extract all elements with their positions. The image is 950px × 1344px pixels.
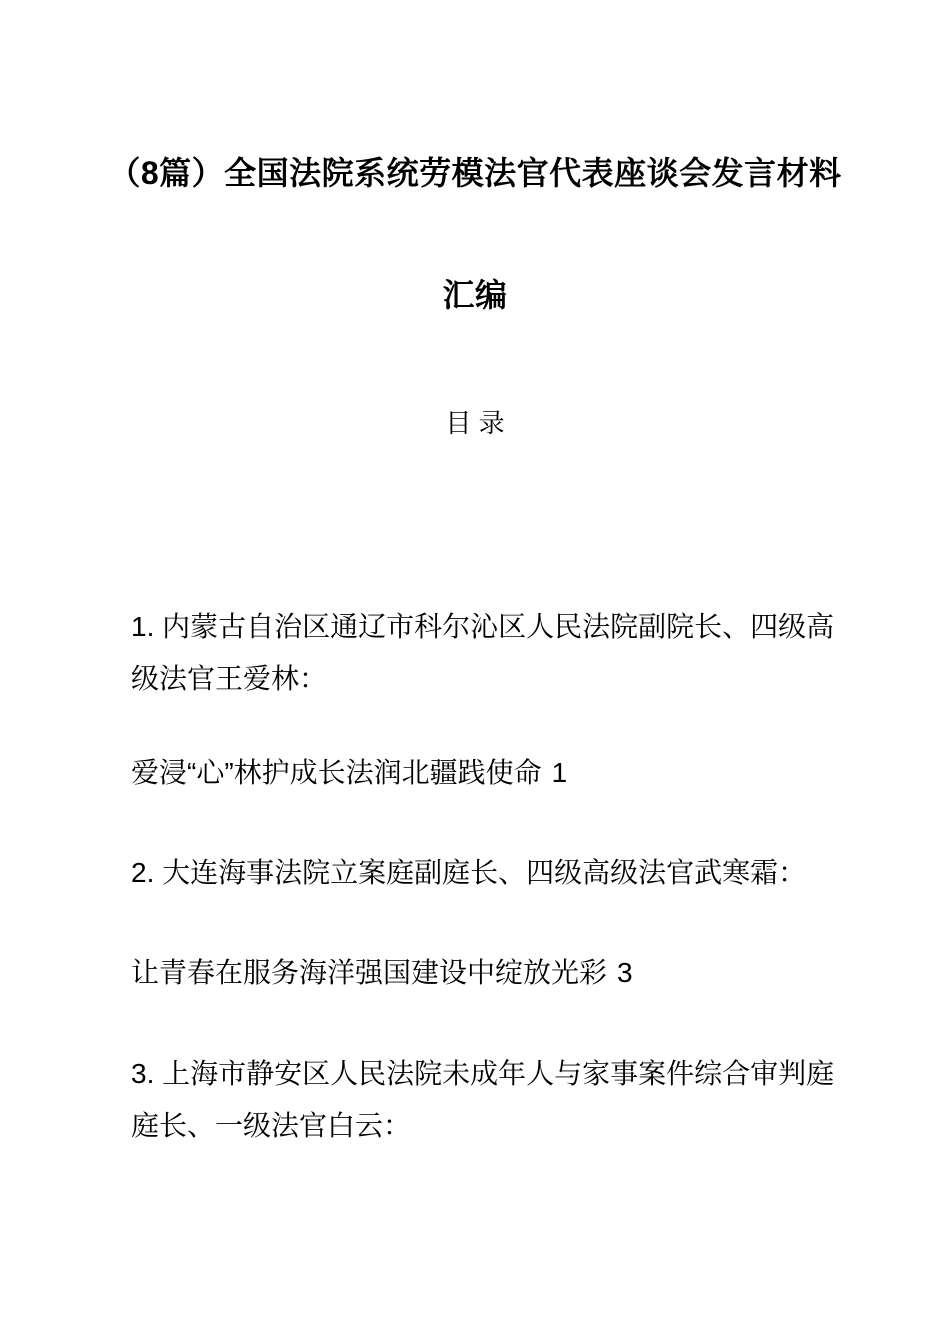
- document-title-line-1: （8篇）全国法院系统劳模法官代表座谈会发言材料: [0, 148, 950, 198]
- toc-entry-2-title-text: 让青春在服务海洋强国建设中绽放光彩: [131, 957, 607, 988]
- toc-entry-3-heading-line-1: 3. 上海市静安区人民法院未成年人与家事案件综合审判庭: [131, 1048, 837, 1100]
- toc-entry-1-page-number: 1: [552, 757, 568, 788]
- document-title-line-2: 汇编: [0, 270, 950, 320]
- toc-entry-2-heading: 2. 大连海事法院立案庭副庭长、四级高级法官武寒霜：: [131, 847, 837, 899]
- toc-entry-3-heading: 3. 上海市静安区人民法院未成年人与家事案件综合审判庭 庭长、一级法官白云：: [131, 1048, 837, 1152]
- toc-entry-2-page-number: 3: [617, 957, 633, 988]
- document-page: （8篇）全国法院系统劳模法官代表座谈会发言材料 汇编 目 录 1. 内蒙古自治区…: [0, 0, 950, 1344]
- toc-entry-2-title: 让青春在服务海洋强国建设中绽放光彩3: [131, 947, 837, 999]
- toc-entry-3-heading-line-2: 庭长、一级法官白云：: [131, 1100, 837, 1152]
- toc-entry-1-heading-line-2: 级法官王爱林：: [131, 653, 837, 705]
- toc-entry-1-title: 爱浸“心”林护成长法润北疆践使命1: [131, 747, 837, 799]
- toc-heading: 目 录: [0, 403, 950, 443]
- toc-entry-1-heading-line-1: 1. 内蒙古自治区通辽市科尔沁区人民法院副院长、四级高: [131, 601, 837, 653]
- toc-entry-1-title-text: 爱浸“心”林护成长法润北疆践使命: [131, 757, 542, 788]
- toc-entry-2-heading-line-1: 2. 大连海事法院立案庭副庭长、四级高级法官武寒霜：: [131, 847, 837, 899]
- toc-entry-1-heading: 1. 内蒙古自治区通辽市科尔沁区人民法院副院长、四级高 级法官王爱林：: [131, 601, 837, 705]
